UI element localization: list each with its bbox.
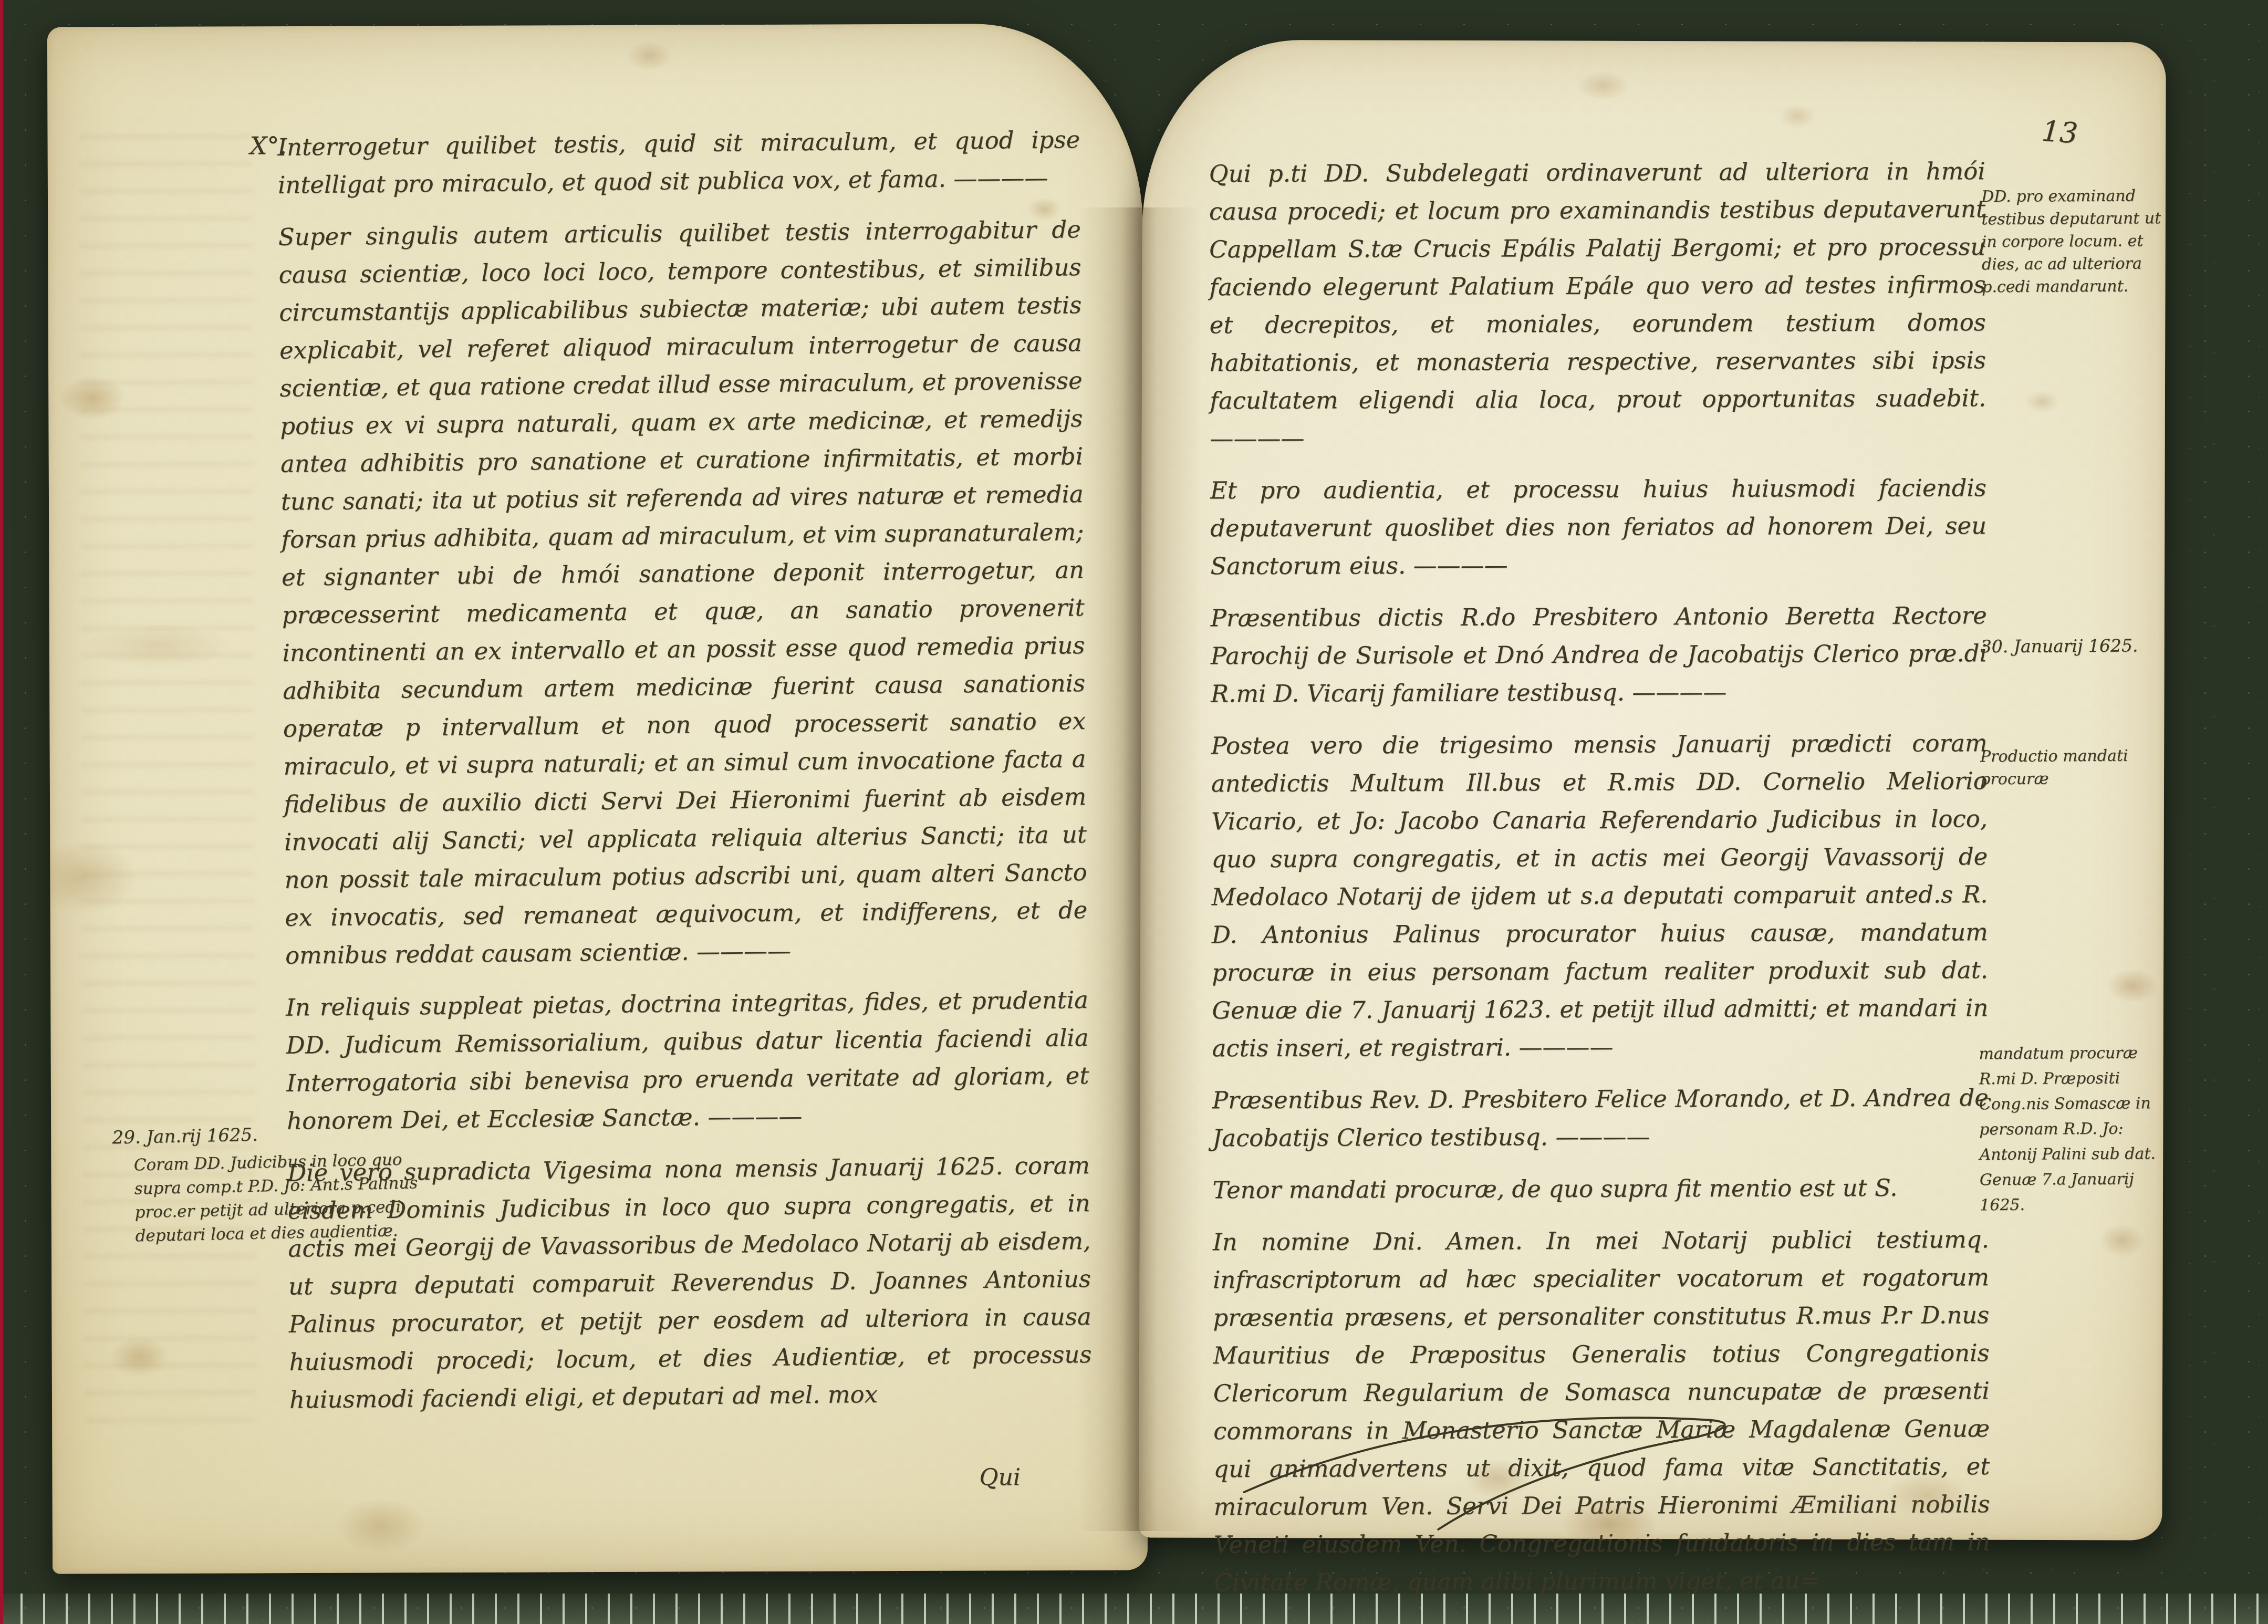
page-number: 13 [2041, 114, 2079, 150]
manuscript-left-page: X°. Interrogetur quilibet testis, quid s… [47, 23, 1148, 1574]
paragraph-et-pro-audientia: Et pro audientia, et processu huius huiu… [1210, 469, 1987, 585]
right-margin-note-productio: Productio mandati procuræ [1980, 744, 2169, 790]
paragraph-praesentibus-dictis: Præsentibus dictis R.do Presbitero Anton… [1211, 597, 1988, 713]
left-margin-note: 29. Jan.rij 1625. Coram DD. Judicibus in… [112, 1120, 422, 1248]
right-margin-note-mandatum: mandatum procuræ R.mi D. Præpositi Cong.… [1979, 1040, 2168, 1218]
catchword: Qui [979, 1464, 1021, 1491]
paragraph-in-reliquis: In reliquis suppleat pietas, doctrina in… [286, 981, 1090, 1140]
paragraph-postea-vero: Postea vero die trigesimo mensis Januari… [1211, 724, 1988, 1067]
paragraph-praesentibus-rev: Præsentibus Rev. D. Presbitero Felice Mo… [1212, 1079, 1989, 1157]
paragraph-qui-pti: Qui p.ti DD. Subdelegati ordinaverunt ad… [1209, 152, 1986, 457]
scan-left-edge-line [0, 0, 3, 1624]
paragraph-in-nomine: In nomine Dni. Amen. In mei Notarij publ… [1213, 1221, 1991, 1601]
paragraph-tenor-mandati: Tenor mandati procuræ, de quo supra fit … [1212, 1169, 1989, 1209]
margin-note-text: Coram DD. Judicibus in loco quo supra co… [112, 1148, 422, 1248]
margin-note-date: 29. Jan.rij 1625. [112, 1120, 420, 1150]
right-margin-note-date: 30. Januarij 1625. [1981, 634, 2169, 658]
paragraph-interrogetur: Interrogetur quilibet testis, quid sit m… [277, 121, 1080, 204]
right-margin-note-deputation: DD. pro examinand testibus deputarunt ut… [1981, 184, 2170, 298]
manuscript-scan: X°. Interrogetur quilibet testis, quid s… [0, 0, 2268, 1624]
manuscript-right-page: 13 Qui p.ti DD. Subdelegati ordinaverunt… [1139, 39, 2166, 1540]
right-page-body: Qui p.ti DD. Subdelegati ordinaverunt ad… [1209, 152, 1991, 1616]
paragraph-super-singulis: Super singulis autem articulis quilibet … [278, 211, 1088, 975]
